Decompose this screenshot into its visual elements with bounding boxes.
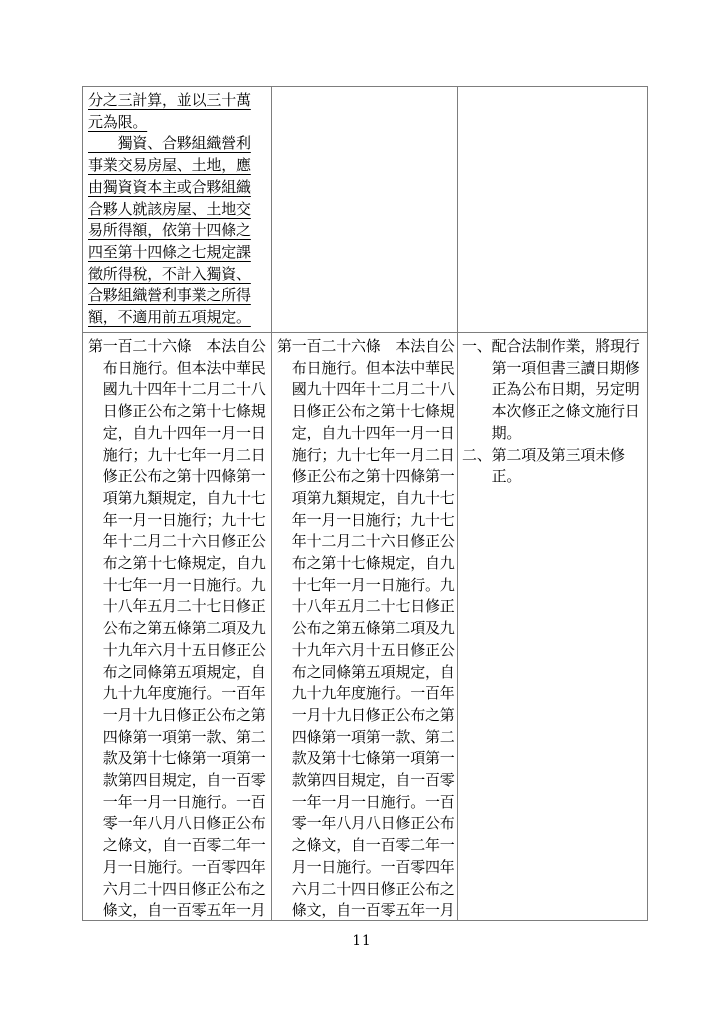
- text-line: 十八年五月二十七日修正: [277, 596, 454, 618]
- text-line: 之條文，自一百零二年一: [88, 835, 268, 857]
- text-line: 款第四目規定，自一百零: [277, 770, 454, 792]
- table-row-article-126: 第一百二十六條 本法自公 布日施行。但本法中華民 國九十四年十二月二十八 日修正…: [83, 332, 647, 920]
- text-line: 一年一月一日施行。一百: [88, 792, 268, 814]
- text-line: 六月二十四日修正公布之: [88, 879, 268, 901]
- text-line: 額，不適用前五項規定。: [88, 307, 268, 329]
- text-line: 四至第十四條之七規定課: [88, 242, 268, 264]
- text-line: 十七年一月一日施行。九: [277, 575, 454, 597]
- text-line: 施行；九十七年一月二日: [277, 445, 454, 467]
- law-comparison-table: 分之三計算，並以三十萬元為限。 獨資、合夥組織營利事業交易房屋、土地，應由獨資資…: [82, 86, 648, 921]
- text-line: 事業交易房屋、土地，應: [88, 155, 268, 177]
- text-line: 款及第十七條第一項第一: [88, 748, 268, 770]
- text-line: 徵所得稅，不計入獨資、: [88, 264, 268, 286]
- text-line: 年十二月二十六日修正公: [88, 531, 268, 553]
- text-line: 布之第十七條規定，自九: [88, 553, 268, 575]
- text-line: 年一月一日施行；九十七: [88, 510, 268, 532]
- text-line: 九十九年度施行。一百年: [277, 683, 454, 705]
- amended-text-cell-continued: 分之三計算，並以三十萬元為限。 獨資、合夥組織營利事業交易房屋、土地，應由獨資資…: [83, 87, 271, 332]
- text-line: 第一百二十六條 本法自公: [277, 336, 454, 358]
- text-line: 一年一月一日施行。一百: [277, 792, 454, 814]
- text-line: 布之第十七條規定，自九: [277, 553, 454, 575]
- text-line: 年一月一日施行；九十七: [277, 510, 454, 532]
- text-line: 十七年一月一日施行。九: [88, 575, 268, 597]
- text-line: 一月十九日修正公布之第: [88, 705, 268, 727]
- text-line: 二、第二項及第三項未修: [462, 445, 644, 467]
- document-page: 分之三計算，並以三十萬元為限。 獨資、合夥組織營利事業交易房屋、土地，應由獨資資…: [0, 0, 724, 1024]
- text-line: 國九十四年十二月二十八: [277, 379, 454, 401]
- table-row-continued: 分之三計算，並以三十萬元為限。 獨資、合夥組織營利事業交易房屋、土地，應由獨資資…: [83, 87, 647, 332]
- text-line: 公布之第五條第二項及九: [277, 618, 454, 640]
- text-line: 項第九類規定，自九十七: [88, 488, 268, 510]
- text-line: 合夥組織營利事業之所得: [88, 285, 268, 307]
- text-line: 修正公布之第十四條第一: [88, 466, 268, 488]
- text-line: 條文，自一百零五年一月: [277, 900, 454, 920]
- text-line: 條文，自一百零五年一月: [88, 900, 268, 920]
- text-line: 十九年六月十五日修正公: [277, 640, 454, 662]
- text-line: 日修正公布之第十七條規: [88, 401, 268, 423]
- text-line: 正。: [462, 466, 644, 488]
- text-line: 期。: [462, 423, 644, 445]
- text-line: 布日施行。但本法中華民: [88, 358, 268, 380]
- text-line: 年十二月二十六日修正公: [277, 531, 454, 553]
- text-line: 元為限。: [88, 112, 268, 134]
- text-line: 分之三計算，並以三十萬: [88, 90, 268, 112]
- text-line: 款第四目規定，自一百零: [88, 770, 268, 792]
- amended-text-cell: 第一百二十六條 本法自公 布日施行。但本法中華民 國九十四年十二月二十八 日修正…: [83, 333, 271, 920]
- text-line: 九十九年度施行。一百年: [88, 683, 268, 705]
- text-line: 由獨資資本主或合夥組織: [88, 177, 268, 199]
- text-line: 零一年八月八日修正公布: [277, 813, 454, 835]
- text-line: 四條第一項第一款、第二: [277, 727, 454, 749]
- text-line: 第一百二十六條 本法自公: [88, 336, 268, 358]
- text-line: 月一日施行。一百零四年: [88, 857, 268, 879]
- text-line: 合夥人就該房屋、土地交: [88, 199, 268, 221]
- text-line: 獨資、合夥組織營利: [88, 133, 268, 155]
- text-line: 項第九類規定，自九十七: [277, 488, 454, 510]
- text-line: 公布之第五條第二項及九: [88, 618, 268, 640]
- text-line: 第一項但書三讀日期修: [462, 358, 644, 380]
- current-text-cell: 第一百二十六條 本法自公 布日施行。但本法中華民 國九十四年十二月二十八 日修正…: [271, 333, 458, 920]
- text-line: 十九年六月十五日修正公: [88, 640, 268, 662]
- text-line: 一、配合法制作業，將現行: [462, 336, 644, 358]
- text-line: 布日施行。但本法中華民: [277, 358, 454, 380]
- text-line: 零一年八月八日修正公布: [88, 813, 268, 835]
- text-line: 本次修正之條文施行日: [462, 401, 644, 423]
- text-line: 定，自九十四年一月一日: [277, 423, 454, 445]
- text-line: 定，自九十四年一月一日: [88, 423, 268, 445]
- text-line: 款及第十七條第一項第一: [277, 748, 454, 770]
- text-line: 修正公布之第十四條第一: [277, 466, 454, 488]
- explanation-cell: 一、配合法制作業，將現行 第一項但書三讀日期修 正為公布日期，另定明 本次修正之…: [458, 333, 647, 920]
- text-line: 國九十四年十二月二十八: [88, 379, 268, 401]
- text-line: 布之同條第五項規定，自: [277, 662, 454, 684]
- text-line: 月一日施行。一百零四年: [277, 857, 454, 879]
- text-line: 之條文，自一百零二年一: [277, 835, 454, 857]
- page-number: 11: [0, 933, 724, 949]
- text-line: 四條第一項第一款、第二: [88, 727, 268, 749]
- explanation-cell-continued: [458, 87, 647, 332]
- text-line: 日修正公布之第十七條規: [277, 401, 454, 423]
- current-text-cell-continued: [271, 87, 458, 332]
- text-line: 易所得額，依第十四條之: [88, 220, 268, 242]
- text-line: 布之同條第五項規定，自: [88, 662, 268, 684]
- text-line: 六月二十四日修正公布之: [277, 879, 454, 901]
- text-line: 正為公布日期，另定明: [462, 379, 644, 401]
- text-line: 施行；九十七年一月二日: [88, 445, 268, 467]
- text-line: 十八年五月二十七日修正: [88, 596, 268, 618]
- text-line: 一月十九日修正公布之第: [277, 705, 454, 727]
